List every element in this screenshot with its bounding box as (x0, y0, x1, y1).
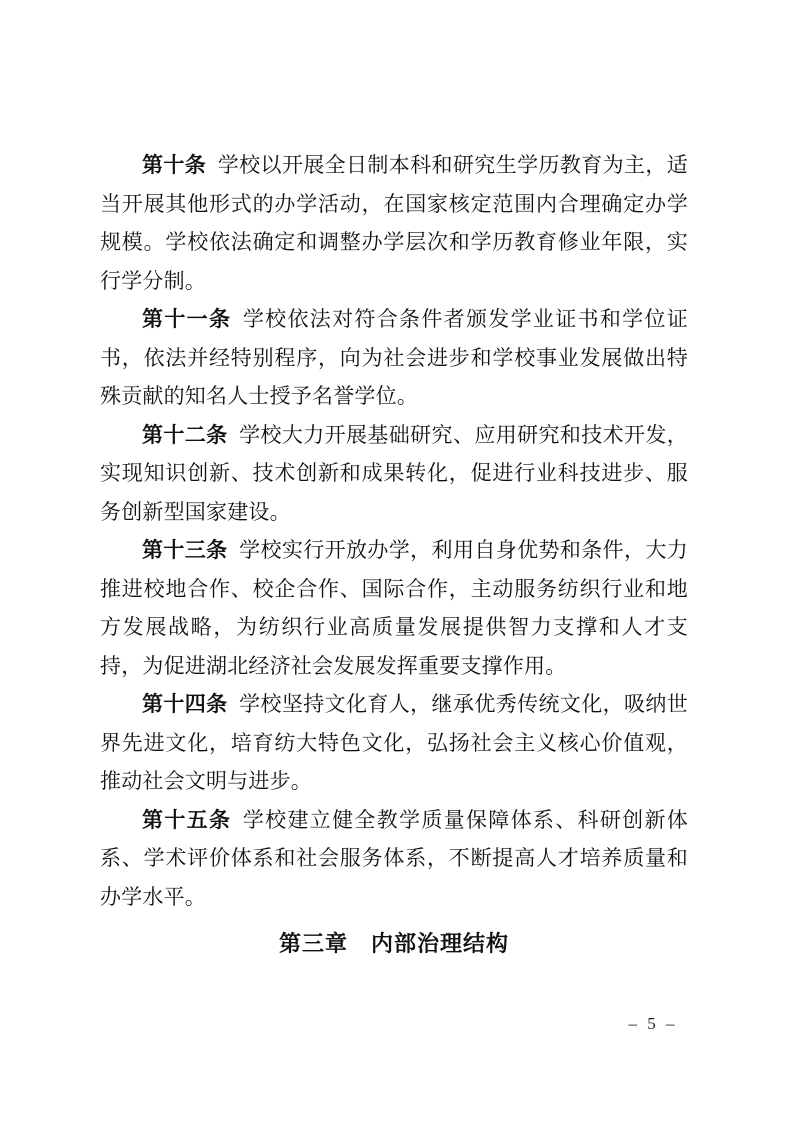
article-15-number: 第十五条 (142, 808, 231, 832)
article-10-paragraph: 第十条学校以开展全日制本科和研究生学历教育为主，适当开展其他形式的办学活动，在国… (100, 146, 688, 300)
article-10-number: 第十条 (142, 153, 206, 177)
page-number: – 5 – (608, 1014, 698, 1034)
chapter-heading: 第三章 内部治理结构 (100, 925, 688, 964)
article-12-paragraph: 第十二条学校大力开展基础研究、应用研究和技术开发，实现知识创新、技术创新和成果转… (100, 416, 688, 532)
document-page: 第十条学校以开展全日制本科和研究生学历教育为主，适当开展其他形式的办学活动，在国… (0, 0, 794, 1123)
article-12-number: 第十二条 (142, 423, 228, 447)
article-14-paragraph: 第十四条学校坚持文化育人，继承优秀传统文化，吸纳世界先进文化，培育纺大特色文化，… (100, 685, 688, 801)
article-13-number: 第十三条 (142, 538, 228, 562)
article-14-number: 第十四条 (142, 692, 228, 716)
article-11-paragraph: 第十一条学校依法对符合条件者颁发学业证书和学位证书，依法并经特别程序，向为社会进… (100, 300, 688, 416)
document-body: 第十条学校以开展全日制本科和研究生学历教育为主，适当开展其他形式的办学活动，在国… (100, 146, 688, 964)
article-13-paragraph: 第十三条学校实行开放办学，利用自身优势和条件，大力推进校地合作、校企合作、国际合… (100, 531, 688, 685)
article-11-number: 第十一条 (142, 307, 231, 331)
article-15-paragraph: 第十五条学校建立健全教学质量保障体系、科研创新体系、学术评价体系和社会服务体系，… (100, 801, 688, 917)
